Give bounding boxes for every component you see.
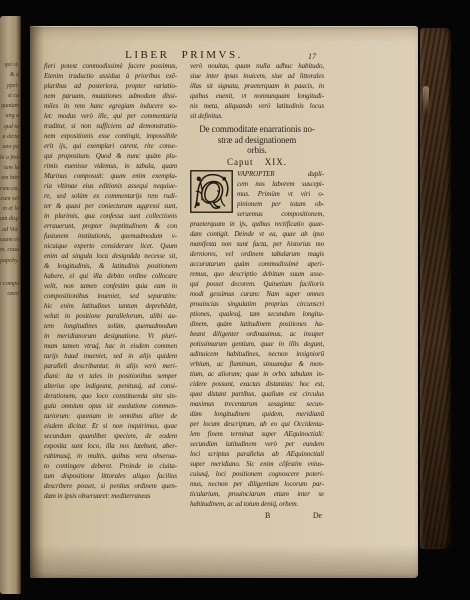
text-line: nis meta, aliquando verò latitudinis loc… — [190, 101, 324, 111]
text-line: potissimarum gentium, quae in illis degu… — [190, 339, 324, 349]
facing-page-edge: qui st.& appel.st caquatamung aqud toa d… — [0, 16, 21, 594]
facing-page-fragment: em bán — [0, 173, 19, 183]
text-line: mum tamen vtraq́, hac in eisdem commen — [44, 341, 177, 351]
text-line: dam contigit. Deinde vt ea, quae ab ipso — [190, 229, 324, 239]
caput-line: Caput XIX. — [190, 157, 324, 168]
text-line: qui posset decorem. Quinetiam facilioris — [190, 279, 324, 289]
facing-page-fragment: onen — [0, 289, 19, 299]
text-line: errauerunt, propter ineptitudinem & con — [44, 221, 177, 231]
text-line: derniores, vel ordinem tabularum magis — [190, 249, 324, 259]
text-line: verò nouitas, quum nulla adhuc habitudo, — [190, 61, 324, 71]
book-photo-scene: qui st.& appel.st caquatamung aqud toa d… — [0, 0, 470, 600]
text-line: lem finem terminat super AEquinoctiali: — [190, 429, 324, 439]
text-line: tem longitudines solùm, quemadmodum — [44, 321, 177, 331]
text-line: quot distant partibus, qualium est circu… — [190, 389, 324, 399]
woodcut-initial: Q — [190, 170, 233, 213]
text-line: seruemus compositionem, — [237, 209, 324, 219]
text-line: traditur, si non sufficiens ad demonstra… — [44, 121, 177, 131]
text-line: dam in ipsis obseruaret: mediterraneas — [44, 491, 177, 501]
text-line: exposita sunt loco, illa nos latebunt, a… — [44, 441, 177, 451]
text-line: habere, ei qui illa debito ordine colloc… — [44, 271, 177, 281]
text-line: plaribus ad posteriora, propter variatio… — [44, 81, 177, 91]
text-line: enim ad singula loca designāda necesse s… — [44, 251, 177, 261]
gutter-shadow — [30, 26, 44, 578]
text-line: secundum quamlibet speciem, de eodem — [44, 431, 177, 441]
text-line: per locum descriptum, ab eo qui Occident… — [190, 419, 324, 429]
text-line: nem paruam, mutationes admodum dissi- — [44, 91, 177, 101]
text-line: adinuicem habitudines, necnon insigniorū — [190, 349, 324, 359]
text-line: rabimusq́, in multis, quibus vera obseru… — [44, 451, 177, 461]
facing-page-fragment: m, coua — [0, 245, 19, 255]
text-line: to contingere deberet. Proinde in ciuita… — [44, 461, 177, 471]
text-line: & longitudinis, & latitudinis positionem — [44, 261, 177, 271]
text-line: describere posset, si penitus ordinem qu… — [44, 481, 177, 491]
text-line: eisdem dicitur. Et si non inquirimus, qu… — [44, 421, 177, 431]
text-line: miles in rem hanc egregiam inducere so- — [44, 101, 177, 111]
facing-page-fragment: st ca — [0, 91, 19, 101]
facing-page-fragment: & a — [0, 70, 19, 80]
chapter-heading-lines: De commoditate enarrationis no-stræ ad d… — [190, 124, 324, 156]
text-line: diani: ita vt tales in positionibus semp… — [44, 371, 177, 381]
facing-page-fragment: suam est — [0, 235, 19, 245]
running-header: LIBER PRIMVS. — [44, 49, 324, 61]
text-line: hic enim latitudines tantum deprehēdet, — [44, 301, 177, 311]
text-line: pinionem per totam ob- — [237, 199, 324, 209]
facing-page-text-fragments: qui st.& appel.st caquatamung aqud toa d… — [0, 60, 19, 300]
drop-cap-letter: Q — [200, 174, 223, 210]
text-line: rimis euenisse videmus, in tabula, quam — [44, 161, 177, 171]
facing-page-fragment: m et lo — [0, 204, 19, 214]
facing-page-fragment: ung a — [0, 111, 19, 121]
facing-page-fragment: uno po — [0, 142, 19, 152]
chapter-heading-line: orbis. — [190, 145, 324, 156]
text-line: beant diligenter ordinauimus, ac insuper — [190, 329, 324, 339]
text-line: prouincias singulatim proprias circunscr… — [190, 299, 324, 309]
text-line: ticularium, prouinciarum etiam inter se — [190, 489, 324, 499]
facing-page-fragment: quatam — [0, 101, 19, 111]
text-line: nicuique experto considerare licet. Quum — [44, 241, 177, 251]
text-line: tium, ac aliorum; quae in orbis tabulam … — [190, 369, 324, 379]
facing-page-fragment: qui st. — [0, 60, 19, 70]
right-column-intro: verò nouitas, quum nulla adhuc habitudo,… — [190, 61, 324, 121]
text-line: habitudinem, ac ad totum deniq́, orbem. — [190, 499, 324, 509]
facing-page-fragment: ium la — [0, 163, 19, 173]
text-line: cidere possunt, exactas distantias: hoc … — [190, 379, 324, 389]
text-line: ptiones, qualesq́, tam secundum longitu- — [190, 309, 324, 319]
text-line: nem expositionis esse contingit, impossi… — [44, 131, 177, 141]
facing-page-fragment: a dicta — [0, 132, 19, 142]
text-line: maximus trecentarum sexaginta: secun- — [190, 399, 324, 409]
text-line: dùm longitudinem quidem, meridianū — [190, 409, 324, 419]
text-line: illas sit signata, praeterquam in paucis… — [190, 81, 324, 91]
text-line: compositionibus inueniet, sed separatim: — [44, 291, 177, 301]
text-line: qui propositum. Quod & nunc quàm plu- — [44, 151, 177, 161]
text-line: tarijs haud inueniet, sed in alijs quide… — [44, 351, 177, 361]
folio-number: 17 — [308, 52, 316, 61]
text-line: fieri potest commodissimè facere possimu… — [44, 61, 177, 71]
text-line: derationem, quo loco constituenda sint s… — [44, 391, 177, 401]
text-line: tariorum: quoniam in omnibus aliter de — [44, 411, 177, 421]
text-line: Etenim traductio assidua à prioribus exē… — [44, 71, 177, 81]
text-line: mus. Primùm vt viri o- — [237, 189, 324, 199]
facing-page-fragment: le a finn — [0, 153, 19, 163]
chapter-heading-line: stræ ad designationem — [190, 135, 324, 146]
text-line: secundùm latitudinem verò per eundem — [190, 439, 324, 449]
facing-page-fragment: cum vel — [0, 194, 19, 204]
text-line: veluti in positione parallelorum, alibi … — [44, 311, 177, 321]
cover-highlight — [423, 86, 429, 114]
text-line: cem nos laborem suscepi- — [237, 179, 324, 189]
facing-page-fragment: ppel. — [0, 81, 19, 91]
text-line: paralleli describuntur, in alijs verò me… — [44, 361, 177, 371]
catchword: De — [313, 511, 322, 521]
text-line: quibus euenit, vt nonnunquam longitudi- — [190, 91, 324, 101]
text-line: Marinus composuit: quum enim exempla- — [44, 171, 177, 181]
text-line: vrbium, ac fluminum, sinuumq́ue & mon- — [190, 359, 324, 369]
left-text-column: fieri potest commodissimè facere possimu… — [44, 61, 177, 501]
text-line: let: modus verò ille, qui per commentari… — [44, 111, 177, 121]
text-line: sit definitus. — [190, 111, 324, 121]
text-line: in meridianorum designatione. Vt pluri- — [44, 331, 177, 341]
chapter-paragraph: Q VAPROPTER dupli-cem nos laborem suscep… — [190, 169, 324, 509]
signature-line: B De — [190, 511, 324, 523]
text-line: dinem, quàm latitudinem positiones ha- — [190, 319, 324, 329]
text-line: modi gessimus curam: Nam super omnes — [190, 289, 324, 299]
text-line: ria vltimae eius editionis assequi nequi… — [44, 181, 177, 191]
facing-page-fragment: qud to — [0, 122, 19, 132]
text-line: loci scriptus parallelus ab AEquinoctial… — [190, 449, 324, 459]
right-text-column: verò nouitas, quum nulla adhuc habitudo,… — [190, 61, 324, 523]
chapter-heading-line: De commoditate enarrationis no- — [190, 124, 324, 135]
text-line: alterius ope indigeant, penitusq́, ad co… — [44, 381, 177, 391]
facing-page-fragment: ad Vid. — [0, 225, 19, 235]
facing-page-fragment: i compo — [0, 279, 19, 289]
text-line: siue inter ipsas inuicem, siue ad littor… — [190, 71, 324, 81]
text-line: remus, quo descriptio debitum suum asse- — [190, 269, 324, 279]
facing-page-fragment: um displ — [0, 214, 19, 224]
text-line: mus, necnon per diligentiam locorum par- — [190, 479, 324, 489]
text-line: VAPROPTER dupli- — [237, 169, 324, 179]
text-line: praeterquam in ijs, quibus rectificatio … — [190, 219, 324, 229]
signature-mark: B — [265, 511, 270, 521]
text-line: velit, non tamen confestim quia eam in — [44, 281, 177, 291]
text-line: fusionem institutionis, quemadmodum v- — [44, 231, 177, 241]
text-line: cuiusq́, loci positionem cognoscere pote… — [190, 469, 324, 479]
text-line: tum dispositione littorales aliquo facil… — [44, 471, 177, 481]
text-line: in plurimis, qua confessa sunt collectio… — [44, 211, 177, 221]
facing-page-fragment: papohy. — [0, 256, 19, 266]
text-line: ter & quasi per coniecturam aggressi sun… — [44, 201, 177, 211]
text-line: manifesta non sunt facta, per historias … — [190, 239, 324, 249]
chapter-heading: De commoditate enarrationis no-stræ ad d… — [190, 124, 324, 167]
ornate-q-graphic: Q — [190, 170, 233, 213]
text-line: accuratarum quàm commodissimè aperi- — [190, 259, 324, 269]
text-line: re, sed solùm ex commentarijs rem rudi- — [44, 191, 177, 201]
text-line: erit ijs, qui exemplari carent, rite con… — [44, 141, 177, 151]
text-line: gula omnium opus sit euolutione commen- — [44, 401, 177, 411]
facing-page-fragment: rum est, — [0, 184, 19, 194]
text-line: super meridiano. Sic enim cōfestim vnius… — [190, 459, 324, 469]
